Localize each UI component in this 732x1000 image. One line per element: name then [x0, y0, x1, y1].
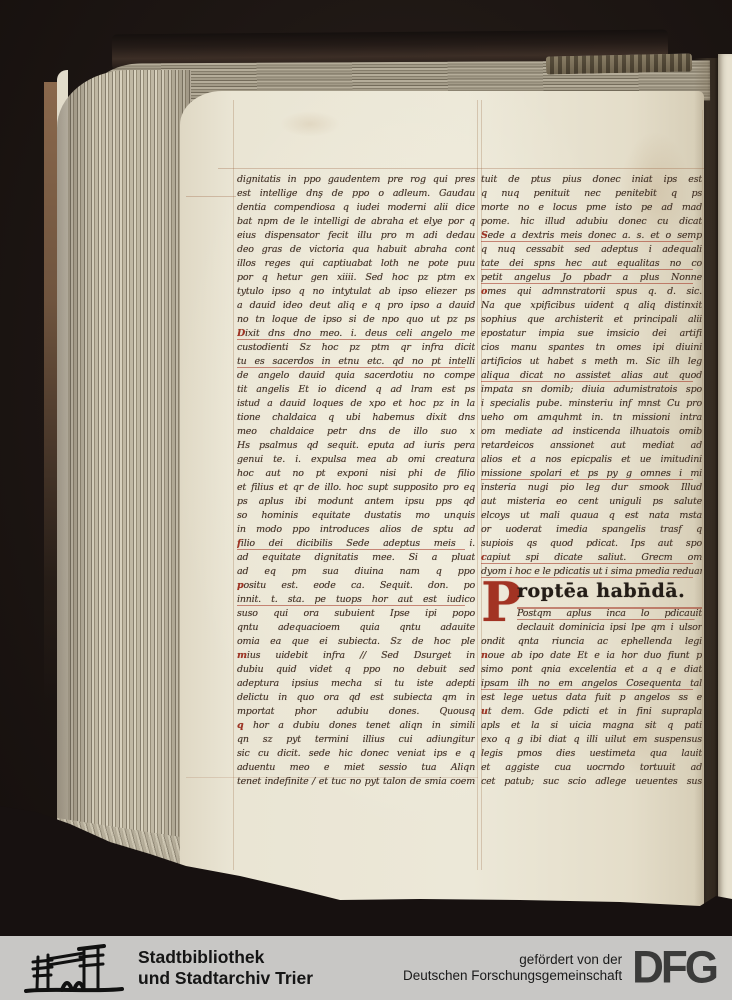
manuscript-line: aduentu meo e miet sessio tua Aliqn: [237, 761, 475, 775]
manuscript-line: elcoys ut mali quaua q est nata msta: [481, 509, 702, 523]
manuscript-line: supiois qs quod pdicat. Ips aut spo: [481, 537, 702, 551]
manuscript-line: alios et a nos epicpalis et ue imitudini: [481, 453, 702, 467]
manuscript-line: i specialis pube. minsteriu inf mnst Cu …: [481, 397, 702, 411]
manuscript-line: tytulo ipso q no intytulat ab ipso eliez…: [237, 285, 475, 299]
manuscript-line: cet patub; suc scio adlege ueuentes sus: [481, 775, 702, 789]
screenshot-root: dignitatis in ppo gaudentem pre rog qui …: [0, 0, 732, 1000]
manuscript-line: est lege uetus data fuit p angelos ss e: [481, 691, 702, 705]
manuscript-line: apls et la si uicia magna sit q pati: [481, 719, 702, 733]
manuscript-line: illos reges qui captiuabat loth ne pote …: [237, 257, 475, 271]
manuscript-line: mius uidebit infra // Sed Dsurget in: [237, 649, 475, 663]
manuscript-line: dignitatis in ppo gaudentem pre rog qui …: [237, 173, 475, 187]
page-stack-left-edges: [57, 70, 191, 910]
manuscript-line: dubiu quid videt q ppo no debuit sed: [237, 663, 475, 677]
manuscript-line: innit. t. sta. pe tuops hor aut est iudi…: [237, 593, 475, 607]
manuscript-line: tate dei spns hec aut equalitas no co: [481, 257, 702, 271]
chapter-heading: roptēa habn̄dā.: [517, 579, 702, 607]
manuscript-line: q nuq cessabit sed adeptus i adequali: [481, 243, 702, 257]
manuscript-line: de angelo dauid quia sacerdotiu no compe: [237, 369, 475, 383]
manuscript-line: adeptura ipsius mecha si tu iste adepti: [237, 677, 475, 691]
manuscript-line: et aggiste cua uocrndo tortuuit ad: [481, 761, 702, 775]
manuscript-line: pome. hic illud adubiu donec cu dicat: [481, 215, 702, 229]
manuscript-line: ueho om amquhmt in. tn missioni intra: [481, 411, 702, 425]
manuscript-line: dentia compendiosa q iudei moderni alii …: [237, 201, 475, 215]
manuscript-line: deo gras de victoria qua habuit abraha c…: [237, 243, 475, 257]
manuscript-line: retardeicos anssionet aut mediat ad: [481, 439, 702, 453]
manuscript-line: cios manu spantes tn omes ipi diuini: [481, 341, 702, 355]
manuscript-line: eius dispensator fecit illu pro m adi de…: [237, 229, 475, 243]
library-name-line1: Stadtbibliothek: [138, 947, 313, 968]
parchment-stain: [280, 111, 340, 137]
library-name-line2: und Stadtarchiv Trier: [138, 968, 313, 989]
manuscript-line: aut misteria eo cent uniguli ps salute: [481, 495, 702, 509]
manuscript-line: epostatur impia sue imsicio dei artifi: [481, 327, 702, 341]
funding-line1: gefördert von der: [403, 952, 622, 968]
manuscript-line: omia ea que ei subiecta. Sz de hoc ple: [237, 635, 475, 649]
edge-shading: [57, 70, 191, 910]
manuscript-line: Hs psalmus qd sequit. eputa ad iuris per…: [237, 439, 475, 453]
manuscript-line: om mediate ad insticenda ilhuatois omib: [481, 425, 702, 439]
manuscript-line: q nuq penituit nec penitebit q ps: [481, 187, 702, 201]
book-headband: [546, 53, 692, 74]
manuscript-line: q hor a dubiu dones tenet aliqn in simil…: [237, 719, 475, 733]
manuscript-line: no tn loque de ipso si de npo quo ut pz …: [237, 313, 475, 327]
library-name: Stadtbibliothek und Stadtarchiv Trier: [138, 947, 313, 988]
manuscript-line: morte no e locus pme isto pe ad mad: [481, 201, 702, 215]
manuscript-line: Dixit dns dno meo. i. deus celi angelo m…: [237, 327, 475, 341]
manuscript-line: aliqua dicat no assistet alias aut quod: [481, 369, 702, 383]
dfg-logo: DFG: [632, 945, 716, 991]
manuscript-line: legis pmos dies uestimeta qua lauit: [481, 747, 702, 761]
manuscript-line: ad eq pm sua diuina nam q ppo: [237, 565, 475, 579]
manuscript-line: so hominis equitate dustatis mo unquis: [237, 509, 475, 523]
manuscript-line: or uoderat imedia spangelis trasf q: [481, 523, 702, 537]
manuscript-line: declauit dominicia ipsi lpe qm i ulsor: [517, 621, 702, 635]
funding-line2: Deutschen Forschungsgemeinschaft: [403, 968, 622, 984]
text-column-right: tuit de ptus pius donec iniat ips estq n…: [481, 173, 702, 789]
manuscript-line: tione chaldaica q ubi habemus dixit dns: [237, 411, 475, 425]
manuscript-line: simo pont qnia excelentia et a q e diat: [481, 663, 702, 677]
manuscript-line: tuit de ptus pius donec iniat ips est: [481, 173, 702, 187]
funding-credit: gefördert von der Deutschen Forschungsge…: [403, 952, 622, 984]
manuscript-line: qntu adequacioem quia qntu adauite: [237, 621, 475, 635]
manuscript-line: impata sn domib; diuia adumistratois spo: [481, 383, 702, 397]
manuscript-line: sic cu dicit. sede hic donec veniat ips …: [237, 747, 475, 761]
manuscript-line: omes qui admnstratorii spus q. d. sic.: [481, 285, 702, 299]
manuscript-line: tenet indefinite / et tuc no pyt talon d…: [237, 775, 475, 789]
manuscript-line: Sede a dextris meis donec a. s. et o sem…: [481, 229, 702, 243]
manuscript-line: hoc aut no pt exponi nisi phi de filio: [237, 467, 475, 481]
manuscript-line: sophius que archisterit et principali al…: [481, 313, 702, 327]
manuscript-line: et filius et qr de illo. hoc supt suppos…: [237, 481, 475, 495]
manuscript-line: istud a dauid loques de xpo et hoc pz in…: [237, 397, 475, 411]
manuscript-line: noue ab ipo date Et e ia hor duo fiunt p: [481, 649, 702, 663]
manuscript-line: Na que xpificibus uident q aliq distinxi…: [481, 299, 702, 313]
manuscript-line: filio dei dicibilis Sede adeptus meis i.: [237, 537, 475, 551]
manuscript-line: Postqm aplus inca lo pdicauit: [517, 607, 702, 621]
manuscript-line: ut dem. Gde pdicti et in fini suprapla: [481, 705, 702, 719]
manuscript-line: petit angelus Jo pbadr a plus Nonne: [481, 271, 702, 285]
manuscript-line: missione spolari et ps py g omnes i mi: [481, 467, 702, 481]
manuscript-line: in modo ppo introduces alios de sptu ad: [237, 523, 475, 537]
manuscript-line: tit angelis Et io dicend q ad lram est p…: [237, 383, 475, 397]
book-gutter-shadow: [694, 58, 718, 906]
rubric-initial-P: P: [481, 579, 517, 627]
manuscript-line: bat npm de le intelligi de abraha et ely…: [237, 215, 475, 229]
manuscript-photo: dignitatis in ppo gaudentem pre rog qui …: [0, 0, 732, 936]
manuscript-line: mportat phor adubiu dones. Quousq: [237, 705, 475, 719]
manuscript-line: artificios ut habet s meth m. Sic ilh le…: [481, 355, 702, 369]
manuscript-line: meo chaldaice petr dns de illo suo x: [237, 425, 475, 439]
right-column-upper-text: tuit de ptus pius donec iniat ips estq n…: [481, 173, 702, 579]
manuscript-line: suso qui ora subuient Ipse ipi popo: [237, 607, 475, 621]
manuscript-line: capiut spi dicate saliut. Grecm om: [481, 551, 702, 565]
manuscript-line: ad equitate dignitatis mee. Si a pluat: [237, 551, 475, 565]
manuscript-line: delictu in quo ora qd est subiecta qm in: [237, 691, 475, 705]
manuscript-line: insteria nugi pio leg dur smook Illud: [481, 481, 702, 495]
manuscript-line: positu est. eode ca. Sequit. don. po: [237, 579, 475, 593]
manuscript-line: qn sz pyt termini illius cui adiungitur: [237, 733, 475, 747]
facing-page-sliver: [718, 54, 732, 904]
manuscript-line: a dauid ideo deut aliq e q pro ipso a da…: [237, 299, 475, 313]
text-column-left: dignitatis in ppo gaudentem pre rog qui …: [237, 173, 475, 789]
manuscript-line: ps aplus ibi modunt antem ipsu pps qd: [237, 495, 475, 509]
manuscript-line: dyom i hoc e le pdicatis ut i sima pmedi…: [481, 565, 702, 579]
manuscript-line: custodienti Sz hoc pz ptm qr infra dicit: [237, 341, 475, 355]
right-column-chapter-block: P roptēa habn̄dā. Postqm aplus inca lo p…: [481, 579, 702, 789]
manuscript-line: genui te. i. expulsa mea ab omi creatura: [237, 453, 475, 467]
porta-nigra-logo-icon: [24, 942, 124, 994]
manuscript-line: por q hetur gen xiiii. Sed hoc pz ptm ex: [237, 271, 475, 285]
manuscript-line: tu es sacerdos in etnu etc. qd no pt int…: [237, 355, 475, 369]
footer-banner: Stadtbibliothek und Stadtarchiv Trier ge…: [0, 936, 732, 1000]
manuscript-line: exo q g ibi diat q illi uilut em suspens…: [481, 733, 702, 747]
manuscript-line: ondit qnta riuncia ac ephellenda legi: [481, 635, 702, 649]
manuscript-line: ipsam ilh no em angelos Cosequenta tal: [481, 677, 702, 691]
manuscript-line: est intellige dnş de ppo o adleum. Gauda…: [237, 187, 475, 201]
